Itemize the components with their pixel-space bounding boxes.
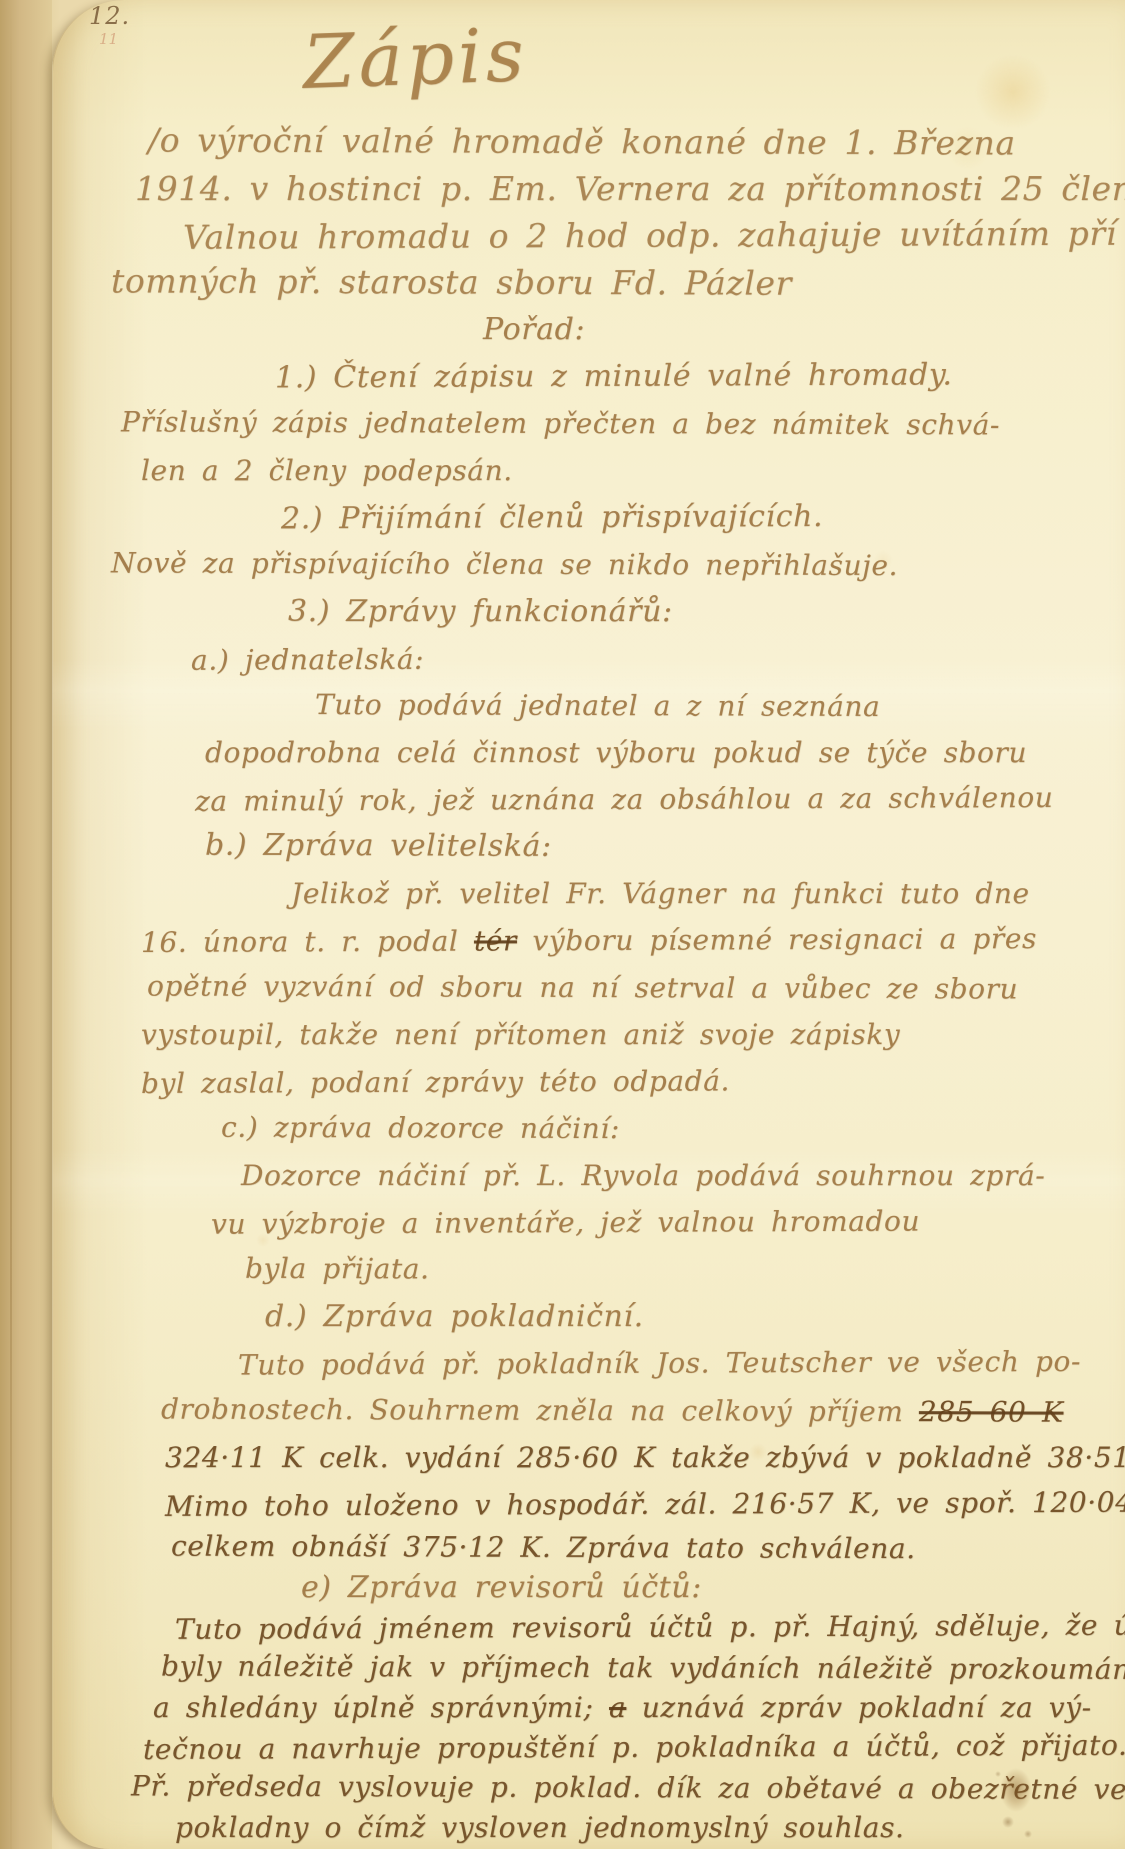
line-text: Valnou hromadu o 2 hod odp. zahajuje uví… [183, 214, 1125, 257]
manuscript-line: a.) jednatelská: [53, 633, 1125, 685]
manuscript-line: 1914. v hostinci p. Em. Vernera za příto… [53, 165, 1125, 212]
line-text: 16. února t. r. podal [141, 925, 474, 959]
manuscript-line: Př. předseda vyslovuje p. poklad. dík za… [53, 1766, 1125, 1810]
manuscript-line: 16. února t. r. podal tér výboru písemné… [53, 915, 1125, 967]
line-text: Př. předseda vyslovuje p. poklad. dík za… [131, 1769, 1125, 1806]
line-text: 2.) Přijímání členů přispívajících. [281, 499, 823, 536]
manuscript-line: byla přijata. [53, 1244, 1125, 1295]
line-text: Nově za přispívajícího člena se nikdo ne… [111, 546, 898, 582]
line-text: za minulý rok, jež uznána za obsáhlou a … [195, 781, 1054, 818]
manuscript-line: byl zaslal, podaní zprávy této odpadá. [53, 1056, 1125, 1108]
manuscript-line: dopodrobna celá činnost výboru pokud se … [53, 729, 1125, 776]
line-text: Pořad: [483, 312, 585, 347]
line-text: výboru písemné resignaci a přes [517, 922, 1037, 957]
line-text: Tuto podává jménem revisorů účtů p. př. … [175, 1609, 1125, 1646]
manuscript-line: Dozorce náčiní př. L. Ryvola podává souh… [53, 1152, 1125, 1199]
line-text: byla přijata. [245, 1252, 430, 1286]
manuscript-line: 1.) Čtení zápisu z minulé valné hromady. [53, 351, 1125, 403]
manuscript-body: /o výroční valné hromadě konané dne 1. B… [53, 0, 1125, 1849]
manuscript-line: pokladny o čímž vysloven jednomyslný sou… [53, 1808, 1125, 1848]
manuscript-line: Tuto podává jménem revisorů účtů p. př. … [53, 1606, 1125, 1651]
line-text: b.) Zpráva velitelská: [205, 828, 552, 864]
manuscript-line: c.) zpráva dozorce náčiní: [53, 1103, 1125, 1154]
line-text: 324·11 K celk. vydání 285·60 K takže zbý… [165, 1441, 1125, 1474]
line-text: uznává zpráv pokladní za vý- [626, 1691, 1091, 1724]
line-text: Mimo toho uloženo v hospodář. zál. 216·5… [165, 1485, 1125, 1523]
manuscript-line: Valnou hromadu o 2 hod odp. zahajuje uví… [53, 210, 1125, 262]
line-text: byly náležitě jak v příjmech tak vydáníc… [161, 1650, 1125, 1686]
line-text: celkem obnáší 375·12 K. Zpráva tato schv… [171, 1530, 916, 1566]
line-text: c.) zpráva dozorce náčiní: [221, 1111, 620, 1145]
manuscript-line: 3.) Zprávy funkcionářů: [53, 588, 1125, 635]
struck-text: tér [474, 924, 517, 957]
manuscript-line: Příslušný zápis jednatelem přečten a bez… [53, 398, 1125, 449]
manuscript-line: za minulý rok, jež uznána za obsáhlou a … [53, 774, 1125, 826]
line-text: vystoupil, takže není přítomen aniž svoj… [141, 1018, 900, 1051]
manuscript-line: vu výzbroje a inventáře, jež valnou hrom… [53, 1197, 1125, 1249]
line-text: Jelikož př. velitel Fr. Vágner na funkci… [291, 877, 1030, 910]
manuscript-line: a shledány úplně správnými; a uznává zpr… [53, 1688, 1125, 1728]
manuscript-line: e) Zpráva revisorů účtů: [53, 1568, 1125, 1608]
line-text: 1914. v hostinci p. Em. Vernera za příto… [135, 169, 1125, 208]
line-text: e) Zpráva revisorů účtů: [301, 1570, 702, 1605]
manuscript-line: tečnou a navrhuje propuštění p. pokladní… [53, 1726, 1125, 1771]
manuscript-line: opětné vyzvání od sboru na ní setrval a … [53, 962, 1125, 1013]
line-text: a.) jednatelská: [191, 643, 424, 677]
manuscript-line: /o výroční valné hromadě konané dne 1. B… [53, 116, 1125, 167]
scanned-manuscript: 12. 11 Zápis /o výroční valné hromadě ko… [0, 0, 1125, 1849]
manuscript-line: Tuto podává př. pokladník Jos. Teutscher… [53, 1338, 1125, 1390]
line-text: /o výroční valné hromadě konané dne 1. B… [148, 120, 1016, 162]
manuscript-line: vystoupil, takže není přítomen aniž svoj… [53, 1011, 1125, 1058]
line-text: len a 2 členy podepsán. [141, 454, 513, 487]
struck-text: a [609, 1691, 626, 1724]
line-text: drobnostech. Souhrnem zněla na celkový p… [161, 1393, 919, 1429]
line-text: Tuto podává př. pokladník Jos. Teutscher… [238, 1345, 1081, 1382]
book-gutter [0, 0, 52, 1849]
manuscript-line: Mimo toho uloženo v hospodář. zál. 216·5… [53, 1479, 1125, 1531]
struck-text: 285 60 K [919, 1395, 1064, 1429]
manuscript-line: Tuto podává jednatel a z ní seznána [53, 680, 1125, 731]
line-text: vu výzbroje a inventáře, jež valnou hrom… [211, 1205, 920, 1241]
manuscript-line: 2.) Přijímání členů přispívajících. [53, 492, 1125, 544]
line-text: a shledány úplně správnými; [153, 1691, 609, 1724]
line-text: tomných př. starosta sboru Fd. Pázler [111, 261, 792, 302]
manuscript-line: celkem obnáší 375·12 K. Zpráva tato schv… [53, 1526, 1125, 1570]
manuscript-line: d.) Zpráva pokladniční. [53, 1293, 1125, 1340]
line-text: pokladny o čímž vysloven jednomyslný sou… [175, 1811, 905, 1844]
manuscript-page: 12. 11 Zápis /o výroční valné hromadě ko… [52, 0, 1125, 1849]
line-text: d.) Zpráva pokladniční. [265, 1299, 644, 1334]
line-text: dopodrobna celá činnost výboru pokud se … [205, 736, 1027, 769]
line-text: 1.) Čtení zápisu z minulé valné hromady. [275, 357, 953, 395]
line-text: 3.) Zprávy funkcionářů: [288, 594, 673, 629]
line-text: byl zaslal, podaní zprávy této odpadá. [141, 1064, 730, 1100]
line-text: Dozorce náčiní př. L. Ryvola podává souh… [241, 1159, 1045, 1192]
manuscript-line: Jelikož př. velitel Fr. Vágner na funkci… [53, 870, 1125, 917]
line-text: opětné vyzvání od sboru na ní setrval a … [147, 969, 1018, 1005]
manuscript-line: tomných př. starosta sboru Fd. Pázler [53, 257, 1125, 308]
line-text: Tuto podává jednatel a z ní seznána [315, 688, 881, 723]
manuscript-line: Nově za přispívajícího člena se nikdo ne… [53, 539, 1125, 590]
ink-stain [978, 1760, 1048, 1845]
manuscript-line: len a 2 členy podepsán. [53, 447, 1125, 494]
manuscript-line: byly náležitě jak v příjmech tak vydáníc… [53, 1646, 1125, 1690]
manuscript-line: 324·11 K celk. vydání 285·60 K takže zbý… [53, 1434, 1125, 1481]
manuscript-line: Pořad: [53, 306, 1125, 353]
line-text: Příslušný zápis jednatelem přečten a bez… [121, 405, 1000, 441]
manuscript-line: drobnostech. Souhrnem zněla na celkový p… [53, 1385, 1125, 1436]
manuscript-line: b.) Zpráva velitelská: [53, 821, 1125, 872]
